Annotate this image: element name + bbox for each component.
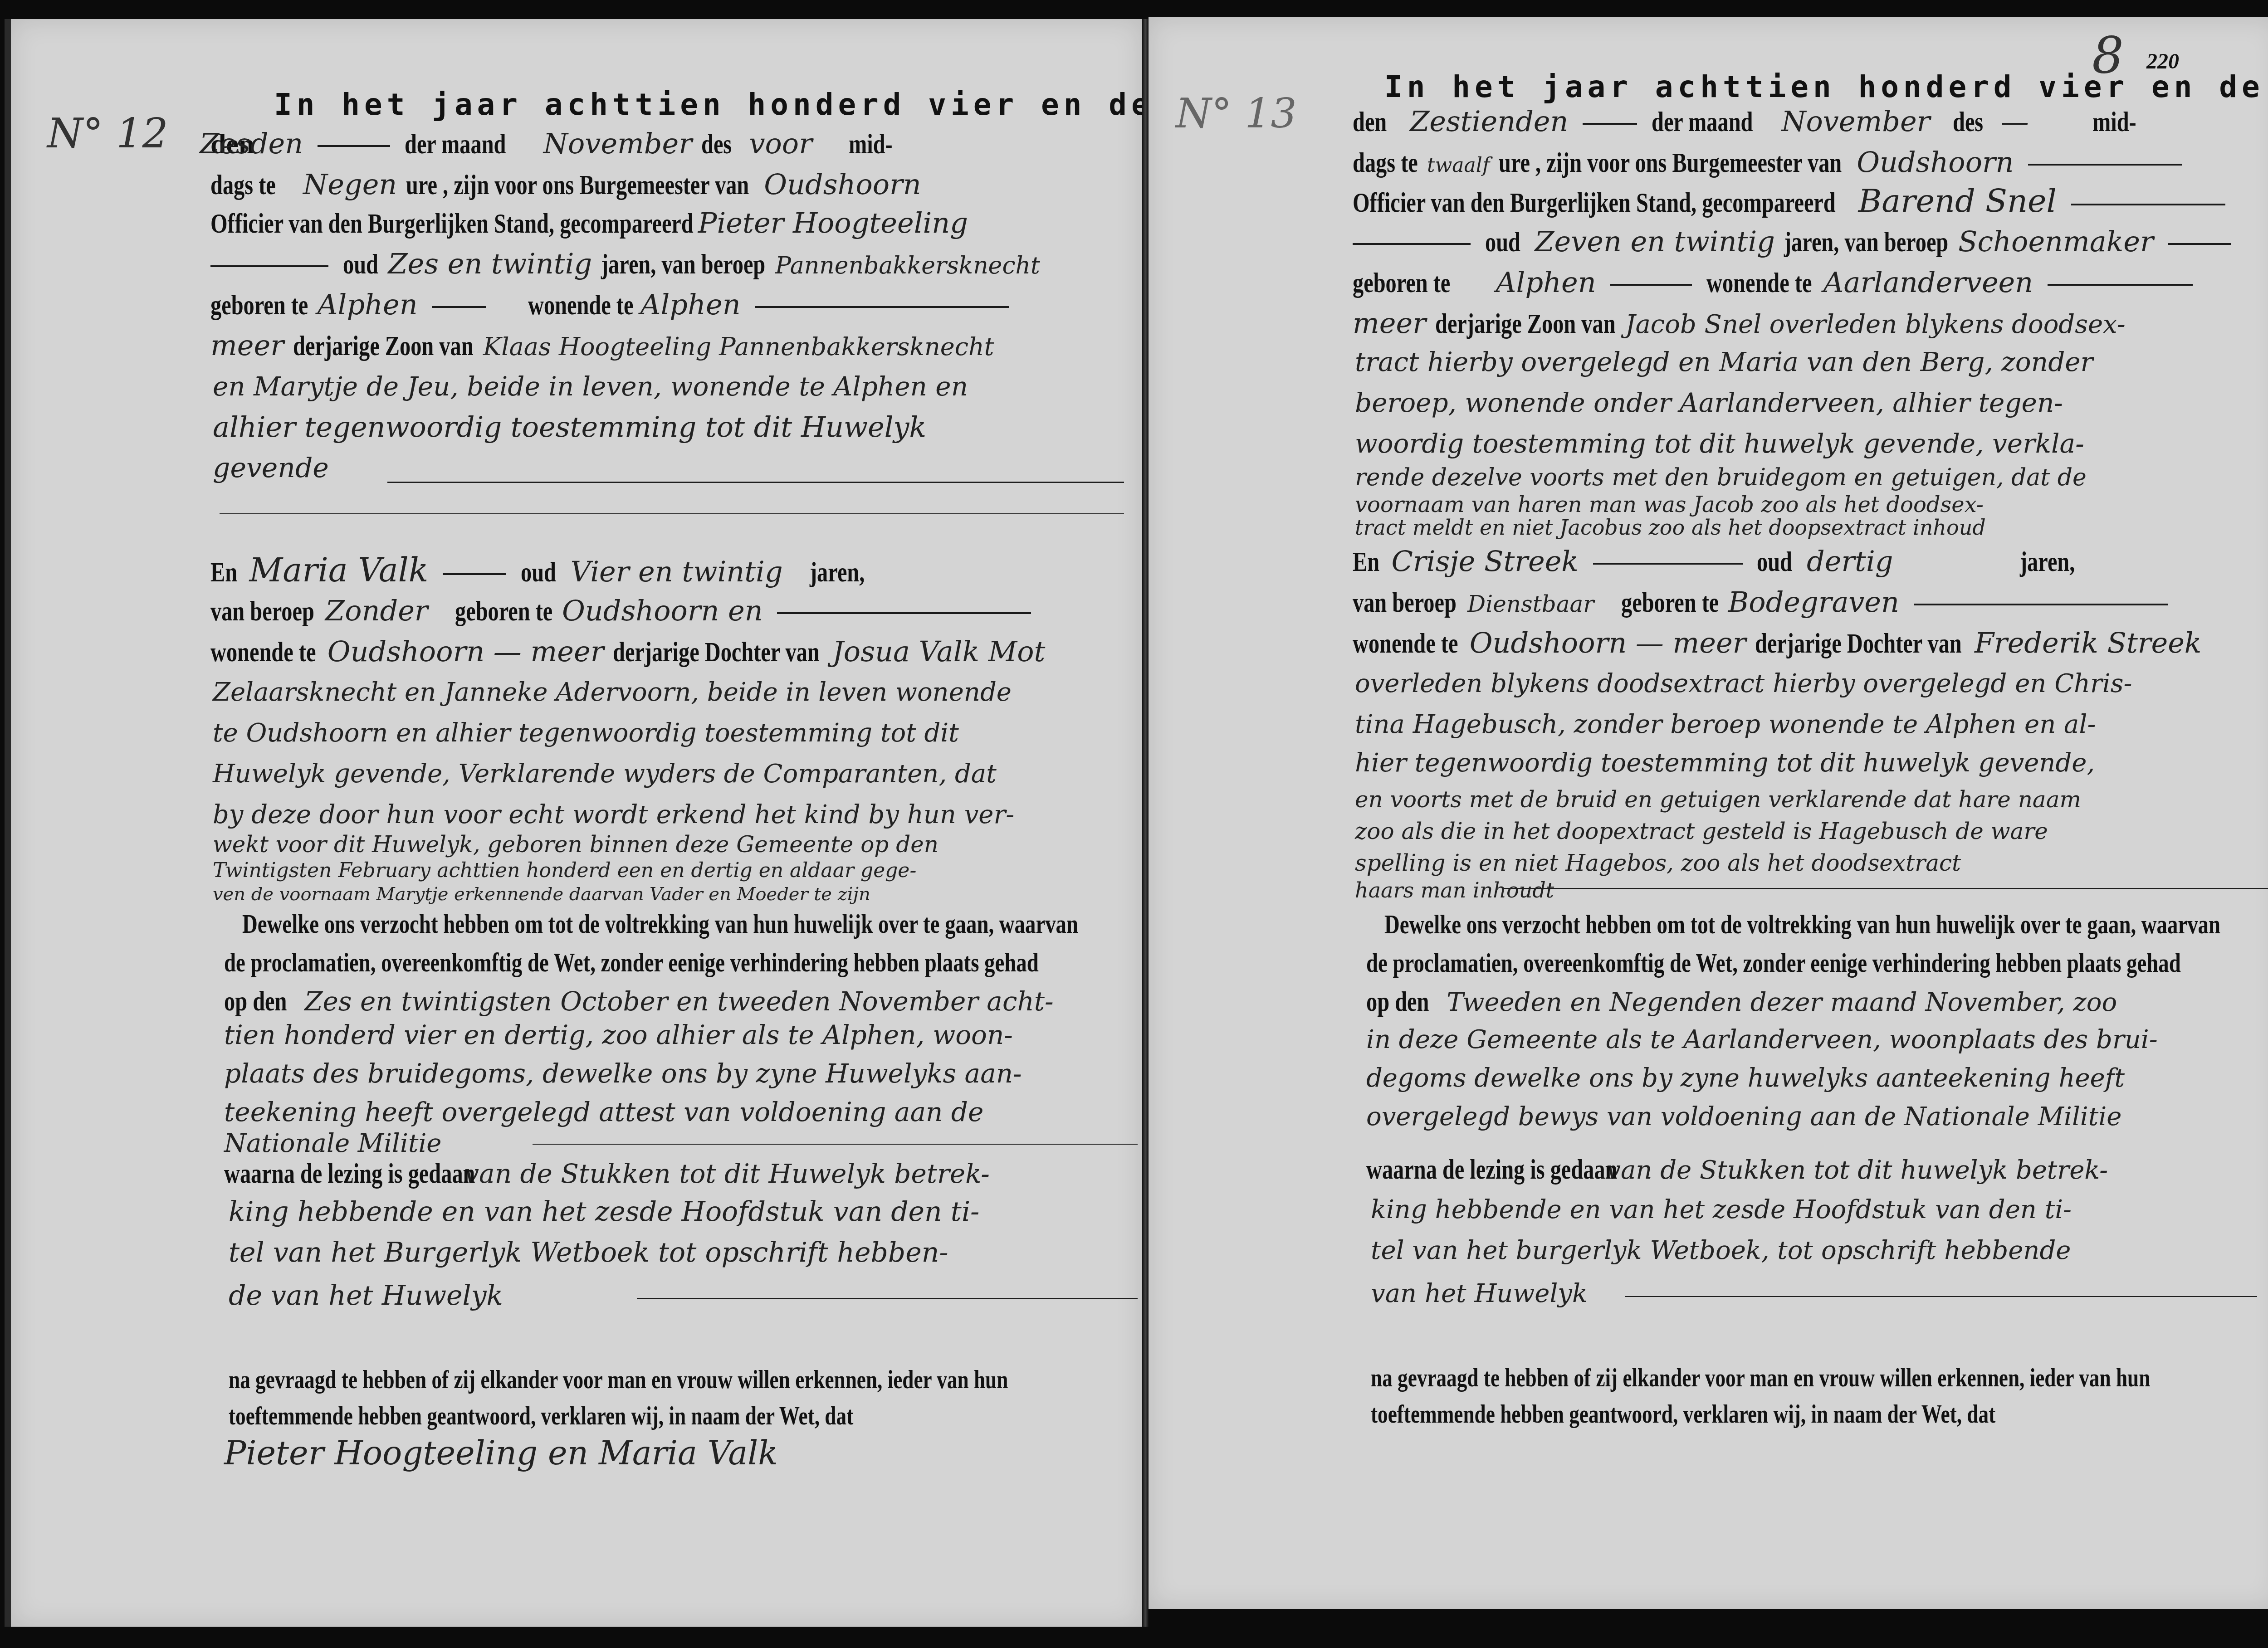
proclamation-continuation-3: overgelegd bewys van voldoening aan de N… (1366, 1099, 2121, 1135)
bride-continuation-2: tina Hagebusch, zonder beroep wonende te… (1355, 707, 2096, 743)
reading-line: waarna de lezing is gedaan van de Stukke… (1366, 1151, 2108, 1189)
proclamation-dates: Tweeden en Negenden dezer maand November… (1447, 988, 2117, 1017)
reading-continuation-2: tel van het burgerlyk Wetboek, tot opsch… (1371, 1233, 2071, 1269)
hour-field: twaalf (1427, 154, 1490, 177)
day-field: Zestienden (1410, 105, 1568, 138)
bride-name: Crisje Streek (1392, 545, 1579, 578)
couple-names: Pieter Hoogteeling en Maria Valk (224, 1434, 778, 1472)
date-line: den Zestienden der maand November des — … (1353, 103, 2149, 140)
proclamation-dates-line: op den Tweeden en Negenden dezer maand N… (1366, 983, 2117, 1021)
groom-parents-continuation-1: tract hierby overgelegd en Maria van den… (1355, 344, 2093, 380)
bride-occupation: Dienstbaar (1467, 591, 1594, 617)
proclamation-continuation-2: degoms dewelke ons by zyne huwelyks aant… (1366, 1060, 2125, 1097)
time-line: dags te twaalf ure , zijn voor ons Burge… (1353, 144, 2188, 184)
groom-name: Barend Snel (1858, 182, 2057, 219)
groom-birthplace: Alphen (1496, 266, 1596, 299)
bride-occupation-line: van beroep Dienstbaar geboren te Bodegra… (1353, 584, 2173, 622)
groom-parents-continuation-2: beroep, wonende onder Aarlanderveen, alh… (1355, 385, 2063, 421)
bride-residence: Oudshoorn — meer (1470, 626, 1746, 659)
groom-parents-continuation-6: tract meldt en niet Jacobus zoo als het … (1355, 509, 1986, 546)
page-heading: In het jaar achttien honderd vier en der… (1384, 69, 2268, 104)
book-spine (1142, 19, 1149, 1627)
bride-continuation-4: en voorts met de bruid en getuigen verkl… (1355, 781, 2081, 818)
bride-continuation-3: hier tegenwoordig toestemming tot dit hu… (1355, 745, 2095, 781)
bride-residence-line: wonende te Oudshoorn — meer derjarige Do… (1353, 625, 2201, 662)
groom-parents-continuation-3: woordig toestemming tot dit huwelyk geve… (1355, 425, 2084, 462)
proclamation-text-1: Dewelke ons verzocht hebben om tot de vo… (1384, 906, 2220, 942)
right-register-page: 8 220 N° 13 In het jaar achttien honderd… (1149, 17, 2268, 1609)
groom-name-line: Officier van den Burgerlijken Stand, gec… (1353, 183, 2231, 221)
groom-age-line: oud Zeven en twintig jaren, van beroep S… (1353, 224, 2237, 260)
left-page-overlay: Pieter Hoogteeling en Maria Valk (11, 19, 1142, 1627)
groom-birthplace-line: geboren te Alphen wonende te Aarlanderve… (1353, 264, 2198, 301)
reading-continuation-3: van het Huwelyk (1371, 1276, 1588, 1312)
groom-father-line: meer derjarige Zoon van Jacob Snel overl… (1353, 305, 2126, 343)
groom-residence: Aarlanderveen (1823, 266, 2033, 299)
entry-number: N° 13 (1176, 90, 1297, 137)
bride-birthplace: Bodegraven (1728, 585, 1899, 619)
month-field: November (1781, 105, 1930, 138)
bride-continuation-1: overleden blykens doodsextract hierby ov… (1355, 666, 2132, 702)
proclamation-continuation-1: in deze Gemeente als te Aarlanderveen, w… (1366, 1022, 2158, 1058)
groom-father: Jacob Snel overleden blykens doodsex- (1625, 310, 2126, 339)
bride-age: dertig (1807, 545, 1893, 578)
proclamation-text-2: de proclamatien, overeenkomftig de Wet, … (1366, 945, 2181, 981)
bride-continuation-7: haars man inhoudt (1355, 872, 1554, 908)
bride-continuation-5: zoo als die in het doopextract gesteld i… (1355, 813, 2048, 849)
groom-age: Zeven en twintig (1535, 225, 1775, 258)
bride-father: Frederik Streek (1975, 626, 2201, 659)
municipality-field: Oudshoorn (1857, 146, 2014, 179)
groom-occupation: Schoenmaker (1958, 225, 2154, 258)
bride-name-line: En Crisje Streek oud dertig jaren, (1353, 543, 2091, 580)
consent-text-2: toeftemmende hebben geantwoord, verklare… (1371, 1396, 1995, 1432)
reading-continuation-1: king hebbende en van het zesde Hoofdstuk… (1371, 1192, 2072, 1228)
consent-text-1: na gevraagd te hebben of zij elkander vo… (1371, 1360, 2150, 1396)
